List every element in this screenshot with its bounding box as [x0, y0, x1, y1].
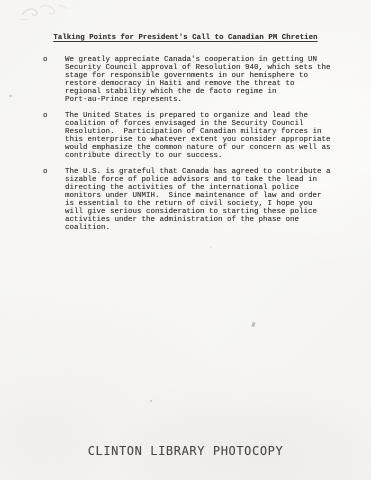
scanned-document-page: Talking Points for President's Call to C…: [0, 0, 371, 480]
scan-speck: [210, 246, 212, 248]
talking-point-text: We greatly appreciate Canada's cooperati…: [65, 56, 345, 104]
scan-speck: [9, 95, 12, 97]
talking-point-item: o We greatly appreciate Canada's coopera…: [43, 56, 345, 104]
talking-point-item: o The U.S. is grateful that Canada has a…: [43, 168, 345, 232]
document-title: Talking Points for President's Call to C…: [0, 34, 371, 43]
scan-mark: [251, 322, 255, 328]
talking-point-item: o The United States is prepared to organ…: [43, 112, 345, 160]
talking-point-text: The U.S. is grateful that Canada has agr…: [65, 168, 345, 232]
bullet-marker: o: [43, 56, 65, 64]
bullet-marker: o: [43, 168, 65, 176]
talking-points-list: o We greatly appreciate Canada's coopera…: [43, 56, 345, 240]
scan-smudge: [18, 1, 70, 23]
talking-point-text: The United States is prepared to organiz…: [65, 112, 345, 160]
bullet-marker: o: [43, 112, 65, 120]
scan-speck: [150, 400, 152, 402]
photocopy-stamp: CLINTON LIBRARY PHOTOCOPY: [0, 444, 371, 458]
